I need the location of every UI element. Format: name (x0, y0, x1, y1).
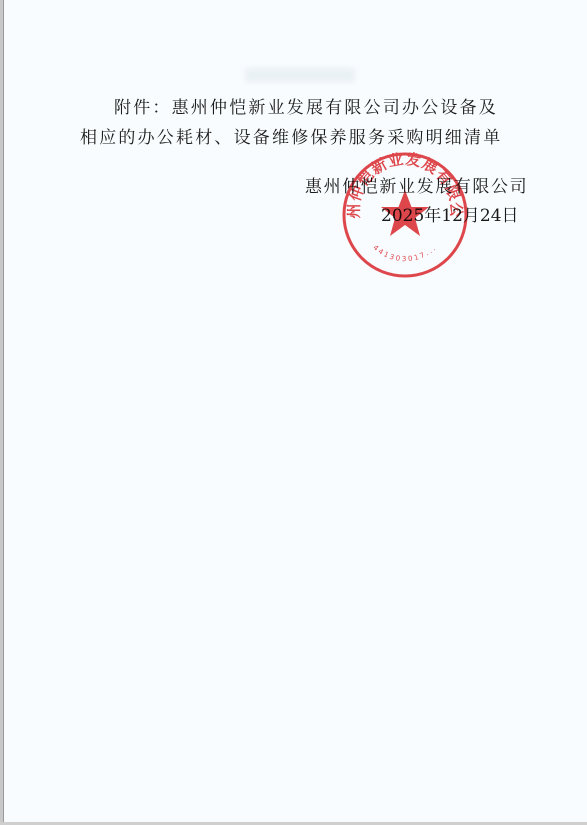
attachment-label: 附件： (114, 98, 172, 118)
svg-text:441303017...: 441303017... (371, 244, 438, 264)
seal-star-icon (381, 190, 429, 236)
company-seal-stamp: 惠州仲恺新业发展有限公司 441303017... (340, 150, 470, 280)
seal-code-text: 441303017... (371, 244, 438, 264)
attachment-paragraph: 附件：惠州仲恺新业发展有限公司办公设备及相应的办公耗材、设备维修保养服务采购明细… (80, 93, 505, 153)
show-through-text (245, 68, 355, 82)
